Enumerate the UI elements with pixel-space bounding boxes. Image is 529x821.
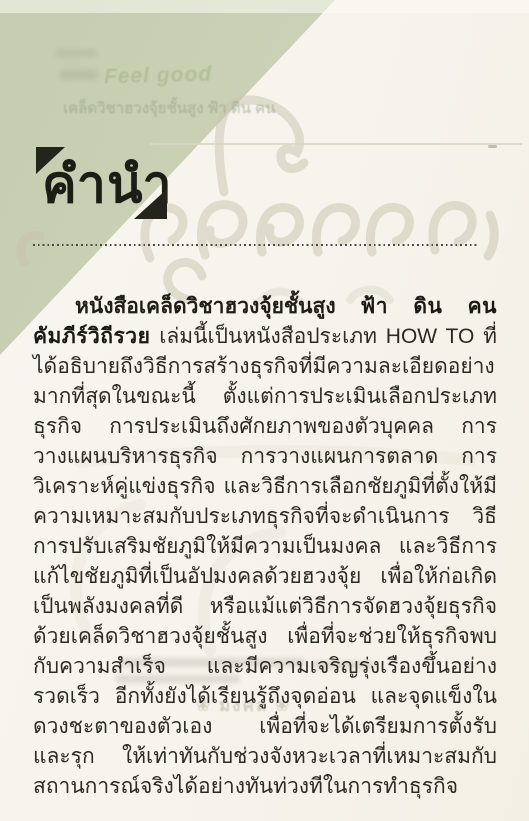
book-series-name: หนังสือเคล็ดวิชาฮวงจุ้ยชั้นสูง [75,295,360,318]
preface-paragraph: หนังสือเคล็ดวิชาฮวงจุ้ยชั้นสูง ฟ้า ดิน ค… [33,292,497,802]
show-through-rule [150,143,522,145]
show-through-mark [488,145,497,148]
dotted-divider [33,244,479,246]
preface-body-text: เล่มนี้เป็นหนังสือประเภท HOW TO ที่ได้อธ… [33,325,497,798]
book-preface-page: Feel good เคล็ดวิชาฮวงจุ้ยชั้นสูง ฟ้า ดิ… [0,0,529,821]
top-highlight-band [0,0,529,13]
